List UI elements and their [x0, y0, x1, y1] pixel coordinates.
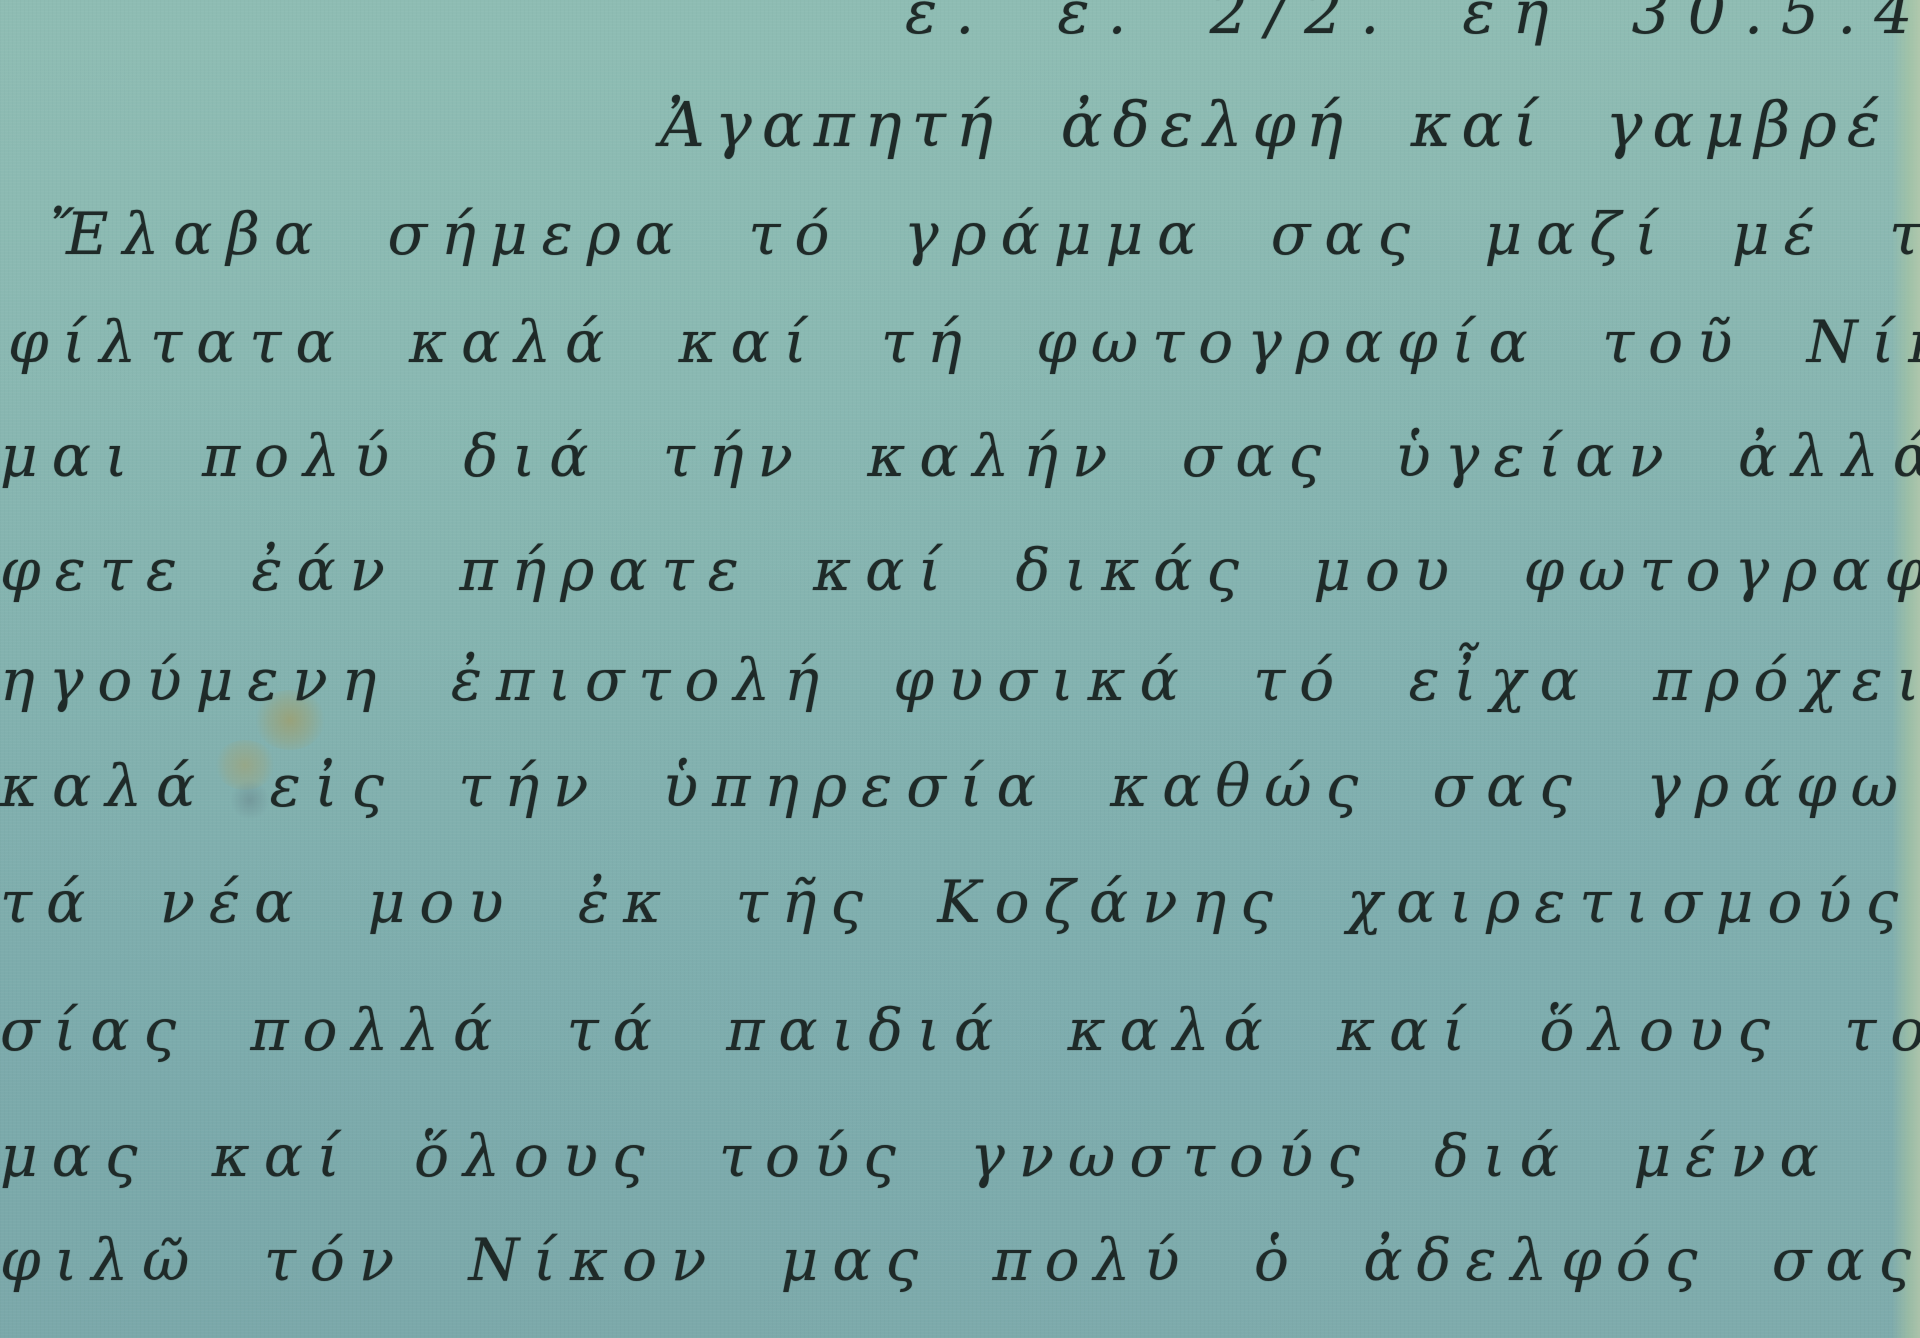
letter-body-line: φίλτατα καλά καί τή φωτογραφία τοῦ Νίκου… [8, 308, 1920, 376]
letter-body-line: φιλῶ τόν Νίκον μας πολύ ὁ ἀδελφός σας Γι… [0, 1226, 1920, 1294]
letter-salutation: Ἀγαπητή ἀδελφή καί γαμβρέ [660, 88, 1890, 161]
letter-body-line: καλά εἰς τήν ὑπηρεσία καθώς σας γράφω τα… [0, 752, 1920, 820]
letter-body-line: τά νέα μου ἐκ τῆς Κοζάνης χαιρετισμούς τ… [0, 868, 1920, 936]
letter-date-line: ε. ε. 2/2. εη 30.5.41 [905, 0, 1920, 48]
letter-body-line: σίας πολλά τά παιδιά καλά καί ὅλους τούς… [0, 996, 1920, 1064]
letter-body-line: ηγούμενη ἐπιστολή φυσικά τό εἶχα πρόχειρ… [0, 646, 1920, 714]
letter-body-line: μας καί ὅλους τούς γνωστούς διά μένα [0, 1122, 1833, 1190]
letter-body-line: μαι πολύ διά τήν καλήν σας ὑγείαν ἀλλά δ… [0, 422, 1920, 490]
letter-body-line: Ἔλαβα σήμερα τό γράμμα σας μαζί μέ τό ἄλ… [50, 200, 1920, 268]
letter-body-line: φετε ἐάν πήρατε καί δικάς μου φωτογραφία… [0, 536, 1920, 604]
